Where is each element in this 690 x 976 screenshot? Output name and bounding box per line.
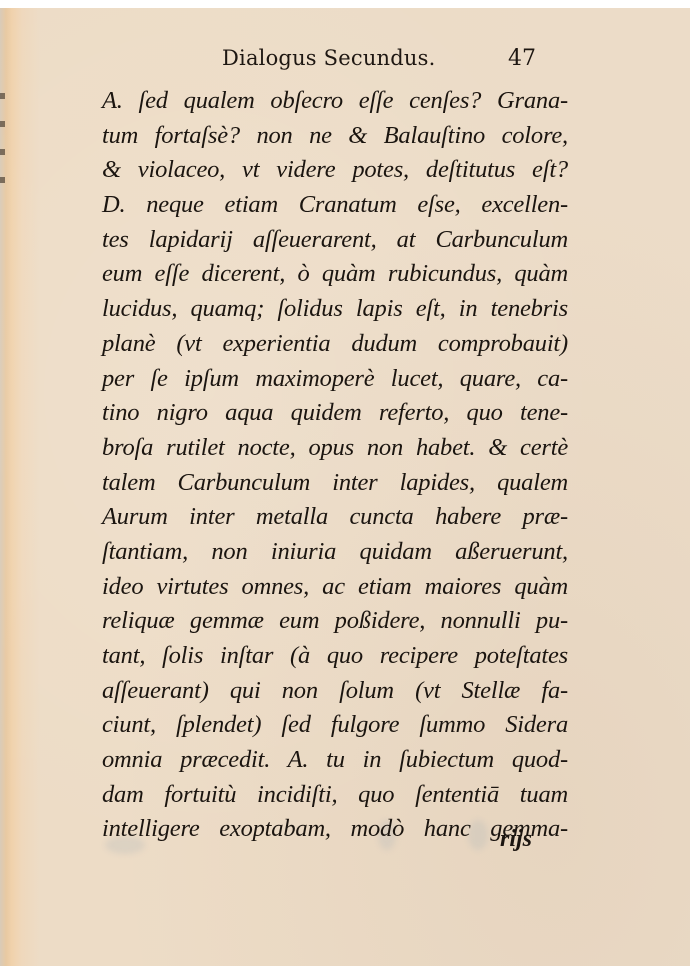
text-line: ideo virtutes omnes, ac etiam maiores qu…: [102, 570, 568, 605]
text-line: eum eſſe dicerent, ò quàm rubicundus, qu…: [102, 257, 568, 292]
text-line: ciunt, ſplendet) ſed fulgore ſummo Sider…: [102, 708, 568, 743]
text-line: D. neque etiam Cranatum eſse, excellen-: [102, 188, 568, 223]
text-line: lucidus, quamq; ſolidus lapis eſt, in te…: [102, 292, 568, 327]
text-line: ſtantiam, non iniuria quidam aßeruerunt,: [102, 535, 568, 570]
text-line: intelligere exoptabam, modò hanc gemma-: [102, 812, 568, 847]
text-line: aſſeuerant) qui non ſolum (vt Stellæ fa-: [102, 674, 568, 709]
page-header: Dialogus Secundus. 47: [222, 46, 542, 71]
facing-page-edge: [0, 93, 5, 203]
running-title: Dialogus Secundus.: [222, 46, 436, 70]
text-line: per ſe ipſum maximoperè lucet, quare, ca…: [102, 362, 568, 397]
text-line: reliquæ gemmæ eum poßidere, nonnulli pu-: [102, 604, 568, 639]
text-line: talem Carbunculum inter lapides, qualem: [102, 466, 568, 501]
text-line: broſa rutilet nocte, opus non habet. & c…: [102, 431, 568, 466]
text-line: planè (vt experientia dudum comprobauit): [102, 327, 568, 362]
text-line: tum fortaſsè? non ne & Balauſtino colore…: [102, 119, 568, 154]
book-page: Dialogus Secundus. 47 A. ſed qualem obſe…: [0, 8, 690, 966]
text-line: tino nigro aqua quidem referto, quo tene…: [102, 396, 568, 431]
catchword: rijs: [500, 826, 532, 853]
text-line: A. ſed qualem obſecro eſſe cenſes? Grana…: [102, 84, 568, 119]
text-line: tant, ſolis inſtar (à quo recipere poteſ…: [102, 639, 568, 674]
text-line: dam fortuitù incidiſti, quo ſententiā tu…: [102, 778, 568, 813]
page-number: 47: [508, 46, 536, 71]
body-text: A. ſed qualem obſecro eſſe cenſes? Grana…: [102, 84, 568, 847]
text-line: Aurum inter metalla cuncta habere præ-: [102, 500, 568, 535]
text-line: & violaceo, vt videre potes, deſtitutus …: [102, 153, 568, 188]
text-line: tes lapidarij aſſeuerarent, at Carbuncul…: [102, 223, 568, 258]
text-line: omnia præcedit. A. tu in ſubiectum quod-: [102, 743, 568, 778]
